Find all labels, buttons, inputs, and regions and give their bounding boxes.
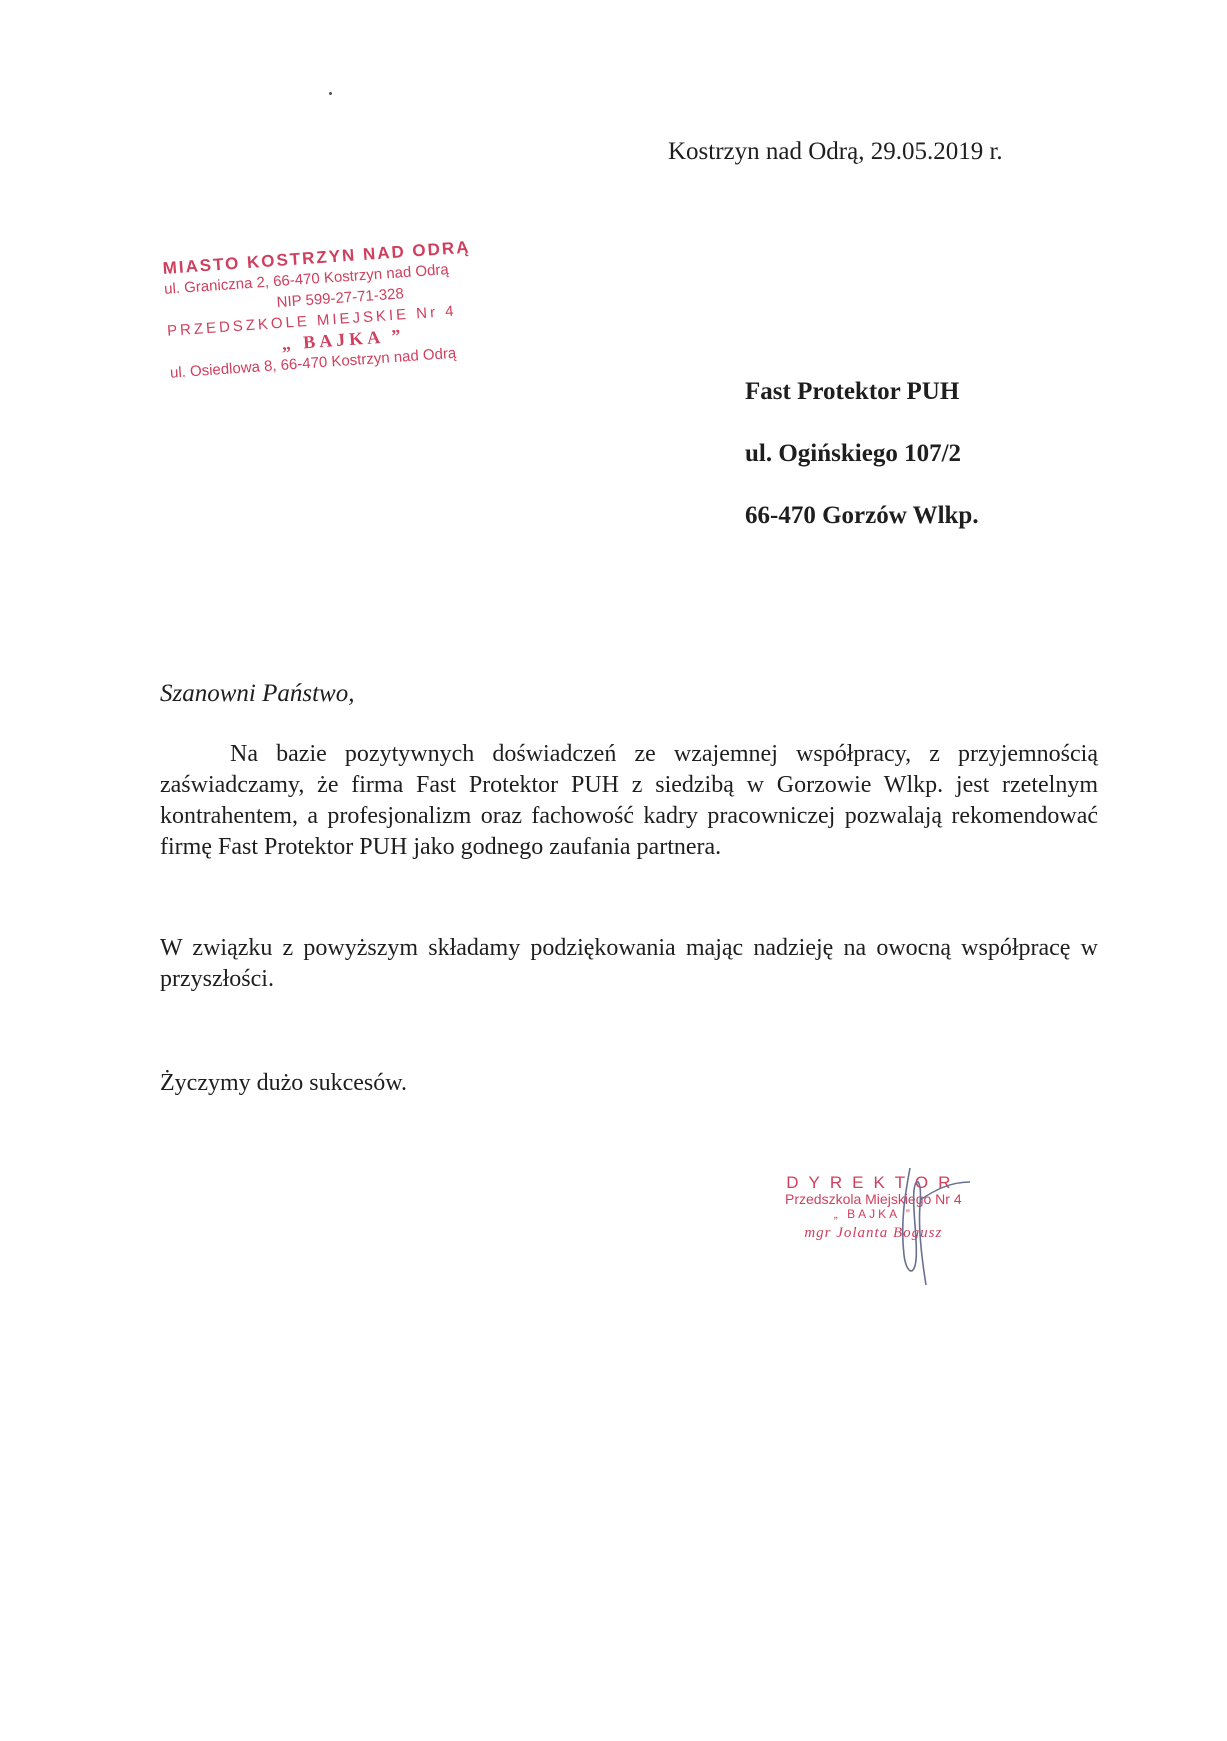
salutation: Szanowni Państwo, bbox=[160, 680, 354, 708]
place-date: Kostrzyn nad Odrą, 29.05.2019 r. bbox=[668, 138, 1003, 166]
recipient-name: Fast Protektor PUH bbox=[745, 378, 959, 406]
recipient-city: 66-470 Gorzów Wlkp. bbox=[745, 502, 979, 530]
closing: Życzymy dużo sukcesów. bbox=[160, 1070, 407, 1097]
handwritten-signature bbox=[870, 1160, 980, 1290]
body-paragraph: Na bazie pozytywnych doświadczeń ze wzaj… bbox=[160, 739, 1098, 863]
scan-speck bbox=[329, 92, 332, 95]
sender-stamp: MIASTO KOSTRZYN NAD ODRĄ ul. Graniczna 2… bbox=[162, 234, 520, 384]
recipient-street: ul. Ogińskiego 107/2 bbox=[745, 440, 961, 468]
body-paragraph: W związku z powyższym składamy podziękow… bbox=[160, 933, 1098, 995]
